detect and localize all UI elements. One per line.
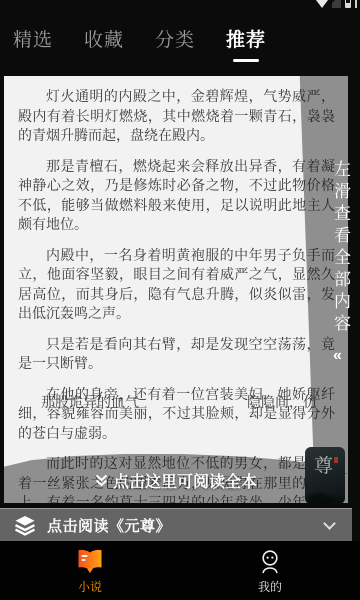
top-tab-bar: 精选 收藏 分类 推荐 — [0, 9, 348, 67]
bottom-nav: 小说 我的 — [0, 541, 360, 600]
app-screen: 精选 收藏 分类 推荐 灯火通明的内殿之中，金碧辉煌，气势威严，殿内有着长明灯燃… — [0, 0, 360, 600]
novel-paragraph: 内殿中，一名身着明黄袍服的中年男子负手而立，他面容坚毅，眼目之间有着威严之气，显… — [18, 246, 335, 324]
dimmed-paragraph-fragment-left: 那股诡异的血气 — [41, 392, 139, 412]
tab-featured[interactable]: 精选 — [13, 25, 53, 52]
novel-paragraph: 那是青檀石，燃烧起来会释放出异香，有着凝神静心之效，乃是修炼时必备之物，不过此物… — [18, 157, 335, 235]
status-bar — [0, 0, 360, 9]
nav-item-mine[interactable]: 我的 — [180, 541, 360, 600]
read-novel-label: 点击阅读《元尊》 — [47, 515, 314, 536]
reader-preview-page[interactable]: 灯火通明的内殿之中，金碧辉煌，气势威严，殿内有着长明灯燃烧，其中燃烧着一颗青石，… — [4, 76, 348, 503]
nav-label-novel: 小说 — [78, 578, 102, 595]
tab-favorites[interactable]: 收藏 — [84, 25, 124, 52]
tab-recommended[interactable]: 推荐 — [226, 25, 266, 52]
tab-categories[interactable]: 分类 — [155, 25, 195, 52]
chevron-double-left-icon: « — [333, 347, 342, 365]
layers-icon — [14, 515, 36, 536]
novel-paragraph: 只是若是看向其右臂，却是发现空空荡荡，竟是一只断臂。 — [18, 335, 335, 374]
swipe-left-hint-text: 左滑查看全部内容 — [328, 160, 353, 336]
notification-dot-icon — [355, 0, 357, 8]
read-novel-bar[interactable]: 点击阅读《元尊》 — [0, 508, 352, 541]
cover-seal-mark — [334, 457, 338, 463]
novel-paragraph: 灯火通明的内殿之中，金碧辉煌，气势威严，殿内有着长明灯燃烧，其中燃烧着一颗青石，… — [18, 87, 335, 146]
chevron-down-icon[interactable] — [323, 517, 336, 530]
person-icon — [257, 549, 283, 575]
sim-icon — [332, 0, 341, 8]
nav-label-mine: 我的 — [258, 578, 282, 595]
dimmed-paragraph-fragment-right: 隐隐间，仿 — [247, 392, 317, 412]
battery-icon — [345, 0, 351, 8]
read-full-book-button[interactable]: 点击这里可阅读全本 — [4, 469, 348, 492]
wifi-icon — [316, 0, 328, 8]
open-book-icon — [75, 548, 105, 575]
read-full-book-label: 点击这里可阅读全本 — [113, 469, 257, 492]
chevron-double-down-icon — [95, 474, 108, 487]
nav-item-novel[interactable]: 小说 — [0, 541, 180, 600]
